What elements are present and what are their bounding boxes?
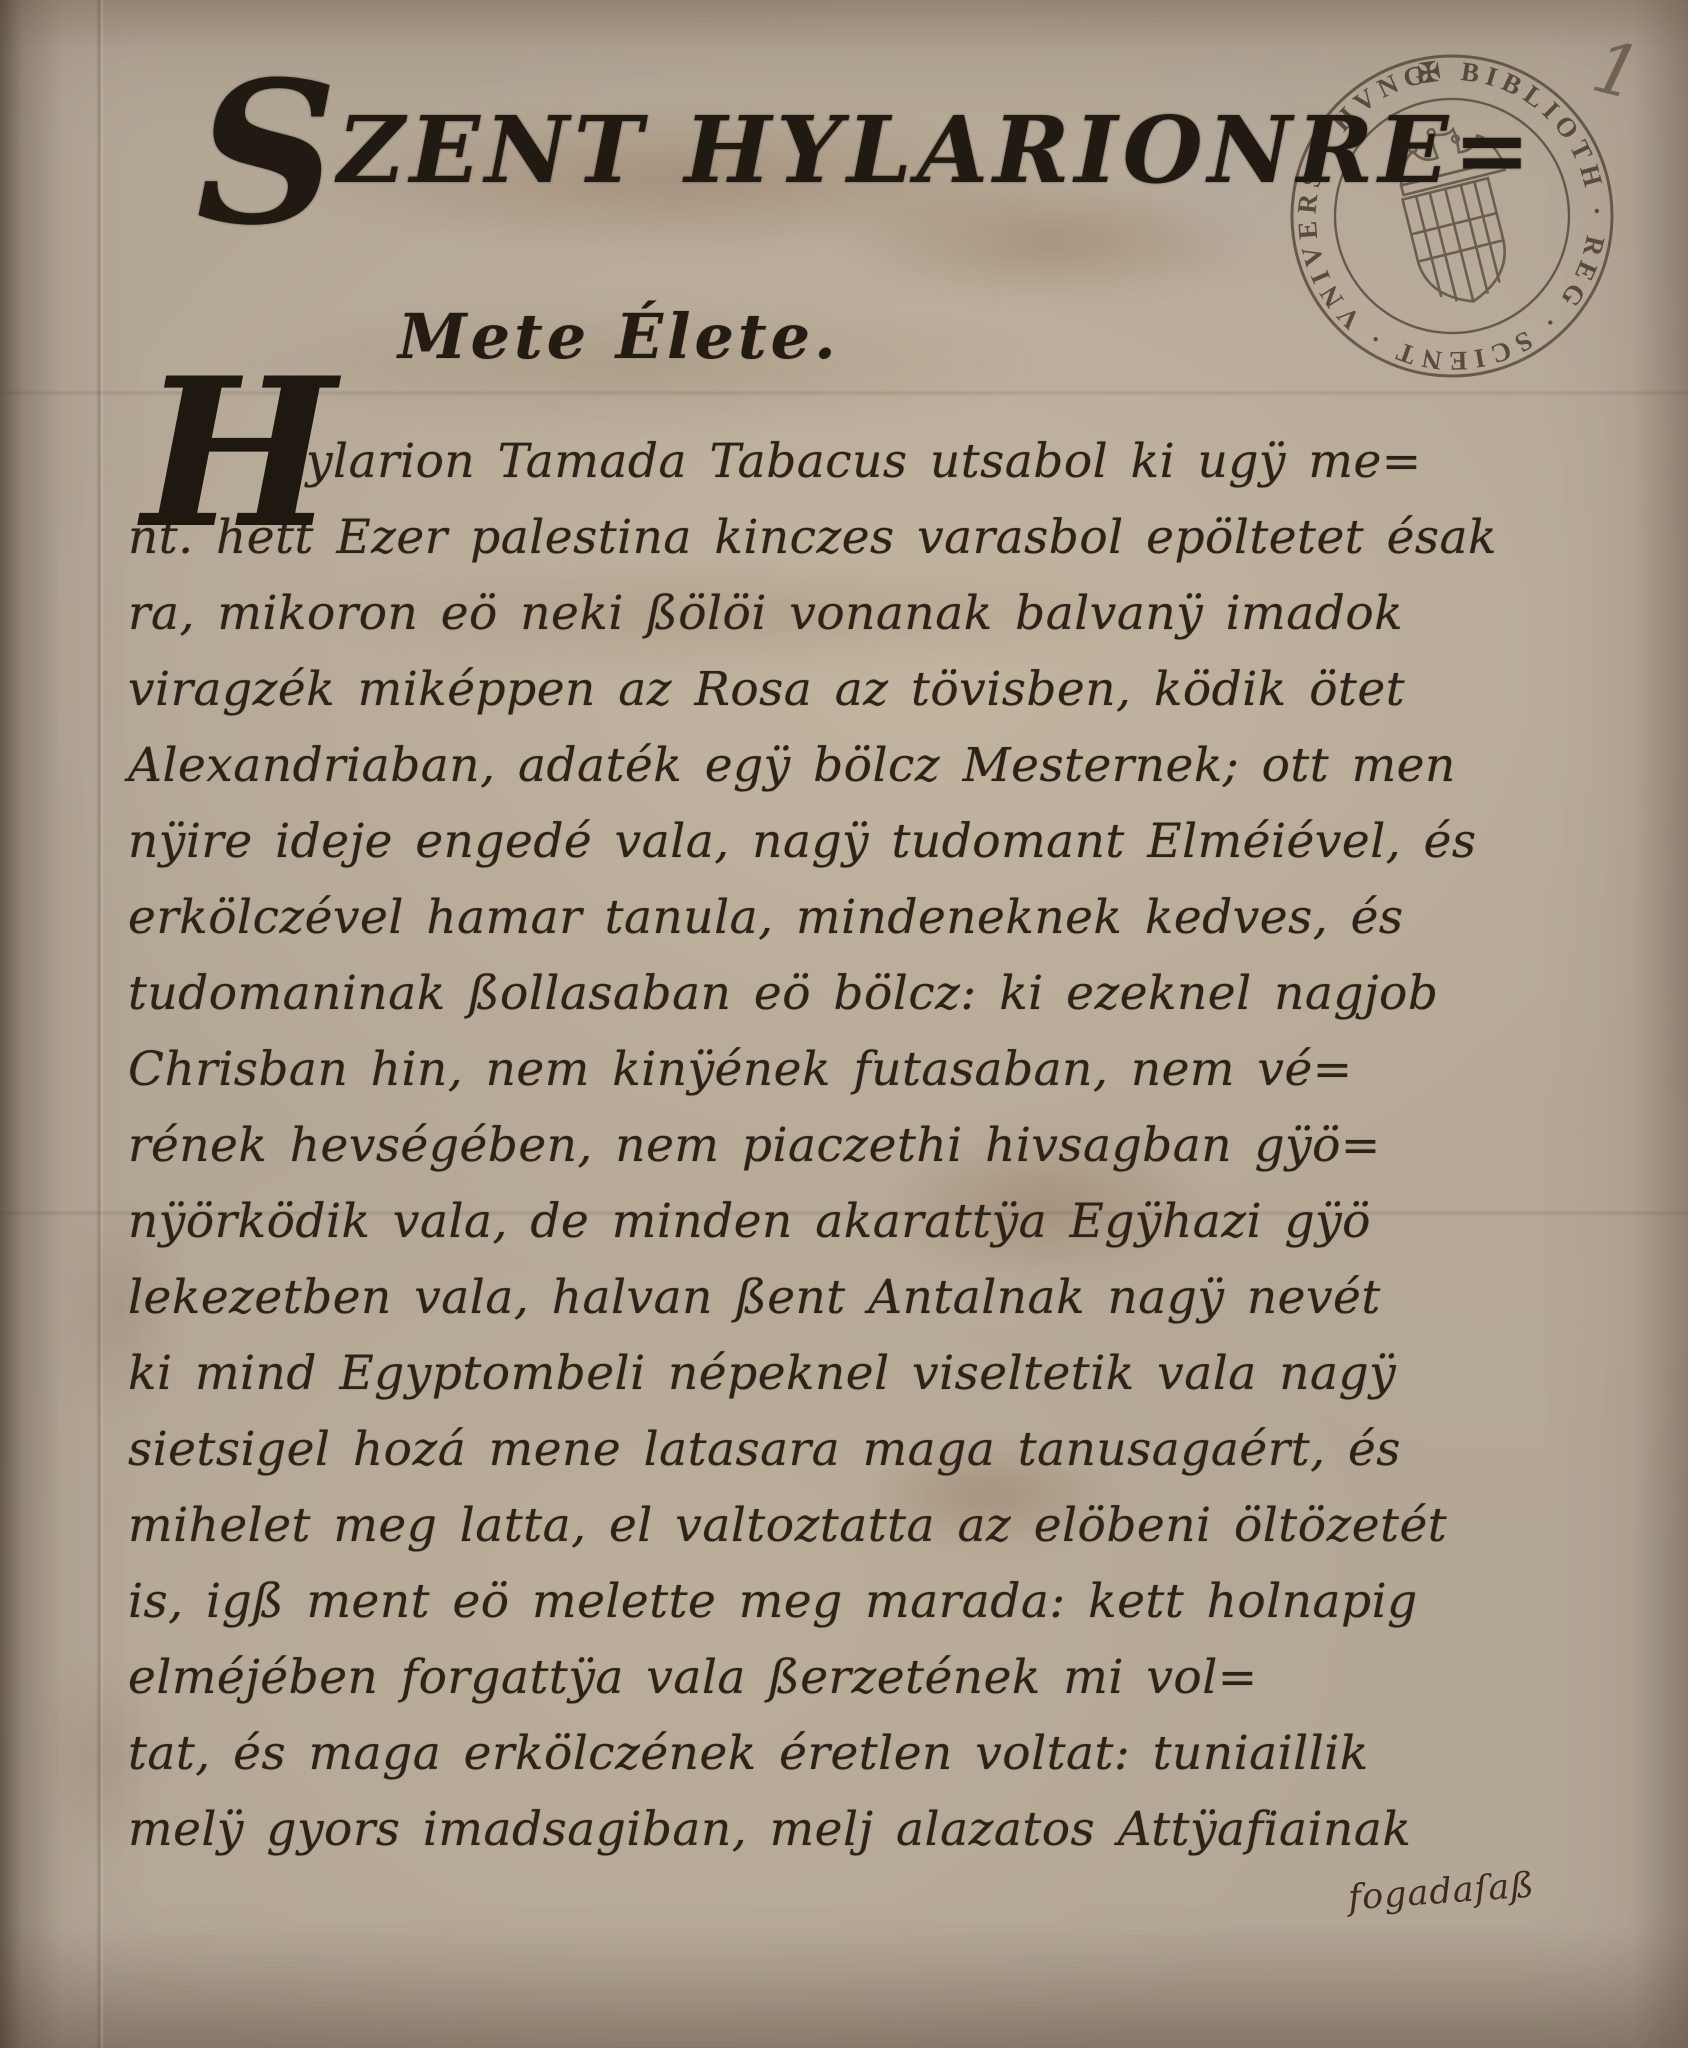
manuscript-line: tat, és maga erkölczének éretlen voltat:…: [128, 1716, 1608, 1792]
manuscript-line: rének hevségében, nem piaczethi hivsagba…: [128, 1108, 1608, 1184]
title-line1-text: ZENT HYLARIONRE=: [338, 96, 1536, 204]
manuscript-line: nt. hett Ezer palestina kinczes varasbol…: [128, 500, 1608, 576]
manuscript-line: ki mind Egyptombeli népeknel viseltetik …: [128, 1336, 1608, 1412]
catchword: fogadaſaß: [1347, 1866, 1536, 1919]
manuscript-line: Chrisban hin, nem kinÿének futasaban, ne…: [128, 1032, 1608, 1108]
manuscript-line: sietsigel hozá mene latasara maga tanusa…: [128, 1412, 1608, 1488]
manuscript-line: nÿire ideje engedé vala, nagÿ tudomant E…: [128, 804, 1608, 880]
vertical-fold-crease: [96, 0, 104, 2048]
manuscript-line: lekezetben vala, halvan ßent Antalnak na…: [128, 1260, 1608, 1336]
manuscript-line: nÿörködik vala, de minden akarattÿa Egÿh…: [128, 1184, 1608, 1260]
manuscript-line: mihelet meg latta, el valtoztatta az elö…: [128, 1488, 1608, 1564]
manuscript-body: ylarion Tamada Tabacus utsabol ki ugÿ me…: [128, 424, 1608, 1868]
manuscript-line: ra, mikoron eö neki ßölöi vonanak balvan…: [128, 576, 1608, 652]
manuscript-line: melÿ gyors imadsagiban, melj alazatos At…: [128, 1792, 1608, 1868]
drop-cap-initial: H: [142, 352, 336, 557]
manuscript-line: elméjében forgattÿa vala ßerzetének mi v…: [128, 1640, 1608, 1716]
title-ornate-initial: S: [196, 39, 338, 269]
manuscript-line: viragzék miképpen az Rosa az tövisben, k…: [128, 652, 1608, 728]
stamp-ring-text: ✠ BIBLIOTH · REG · SCIENT · VNIVERS · HV…: [1246, 10, 1646, 417]
manuscript-line: Alexandriaban, adaték egÿ bölcz Mesterne…: [128, 728, 1608, 804]
page-title-line1: SZENT HYLARIONRE=: [196, 96, 1535, 204]
manuscript-page: ✠ BIBLIOTH · REG · SCIENT · VNIVERS · HV…: [0, 0, 1688, 2048]
manuscript-line: ylarion Tamada Tabacus utsabol ki ugÿ me…: [128, 424, 1608, 500]
manuscript-line: is, igß ment eö melette meg marada: kett…: [128, 1564, 1608, 1640]
manuscript-line: erkölczével hamar tanula, mindeneknek ke…: [128, 880, 1608, 956]
manuscript-line: tudomaninak ßollasaban eö bölcz: ki ezek…: [128, 956, 1608, 1032]
page-title-line2: Mete Élete.: [398, 300, 840, 373]
page-number: 1: [1585, 24, 1650, 117]
